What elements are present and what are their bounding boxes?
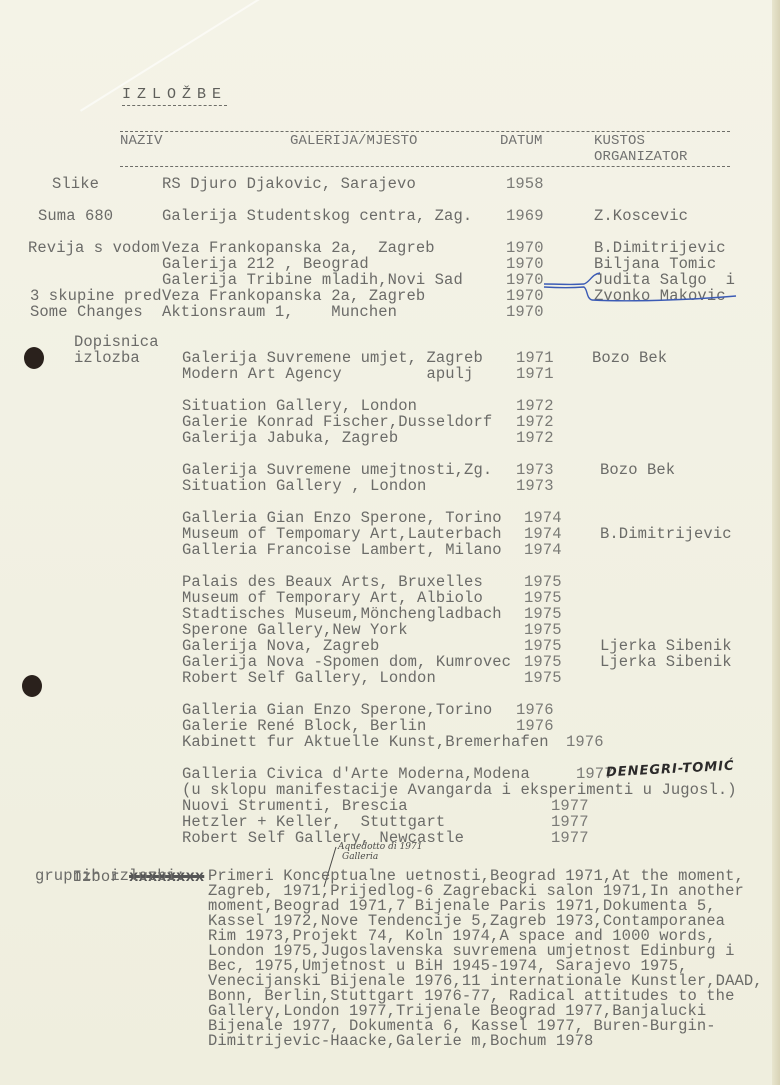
row-galerija: Robert Self Gallery, London bbox=[182, 670, 436, 686]
row-datum: 1977 bbox=[551, 830, 589, 846]
row-galerija: Galerija Suvremene umjet, Zagreb bbox=[182, 350, 483, 366]
row-galerija: Galerija Nova, Zagreb bbox=[182, 638, 379, 654]
page-edge bbox=[772, 0, 780, 1085]
row-datum: 1971 bbox=[516, 350, 554, 366]
row-galerija: Galerija Tribine mladih,Novi Sad bbox=[162, 272, 463, 288]
row-kustos: Bozo Bek bbox=[600, 462, 675, 478]
row-galerija: Nuovi Strumenti, Brescia bbox=[182, 798, 408, 814]
row-galerija: Galleria Gian Enzo Sperone, Torino bbox=[182, 510, 502, 526]
row-datum: 1977 bbox=[551, 814, 589, 830]
row-galerija: Galerija 212 , Beograd bbox=[162, 256, 369, 272]
group-text-line: Dimitrijevic-Haacke,Galerie m,Bochum 197… bbox=[208, 1033, 593, 1049]
row-galerija: Stadtisches Museum,Mönchengladbach bbox=[182, 606, 502, 622]
row-galerija: Sperone Gallery,New York bbox=[182, 622, 408, 638]
row-datum: 1976 bbox=[516, 718, 554, 734]
row-galerija: Museum of Temporary Art, Albiolo bbox=[182, 590, 483, 606]
row-galerija: Galerie René Block, Berlin bbox=[182, 718, 426, 734]
row-naziv: Dopisnica bbox=[74, 334, 159, 350]
row-kustos: Ljerka Sibenik bbox=[600, 638, 732, 654]
row-datum: 1977 bbox=[551, 798, 589, 814]
row-datum: 1973 bbox=[516, 462, 554, 478]
header-galerija: GALERIJA/MJESTO bbox=[290, 133, 418, 149]
row-galerija: Modern Art Agency apulj bbox=[182, 366, 473, 382]
row-galerija: Situation Gallery, London bbox=[182, 398, 417, 414]
row-datum: 1970 bbox=[506, 272, 544, 288]
row-galerija: Veza Frankopanska 2a, Zagreb bbox=[162, 240, 435, 256]
row-naziv: 3 skupine pred. bbox=[30, 288, 171, 304]
row-datum: 1972 bbox=[516, 430, 554, 446]
row-datum: 1974 bbox=[524, 510, 562, 526]
header-rule-top bbox=[120, 131, 730, 132]
row-galerija: Galleria Gian Enzo Sperone,Torino bbox=[182, 702, 492, 718]
row-galerija: Galerija Suvremene umejtnosti,Zg. bbox=[182, 462, 492, 478]
row-galerija: Veza Frankopanska 2a, Zagreb bbox=[162, 288, 425, 304]
row-datum: 1975 bbox=[524, 638, 562, 654]
punch-hole bbox=[24, 347, 44, 369]
row-galerija: Galerija Studentskog centra, Zag. bbox=[162, 208, 472, 224]
row-kustos: Z.Koscevic bbox=[594, 208, 688, 224]
row-galerija: Aktionsraum 1, Munchen bbox=[162, 304, 397, 320]
handwritten-curator: DENEGRI-TOMIĆ bbox=[606, 759, 735, 781]
row-datum: 1969 bbox=[506, 208, 544, 224]
header-naziv: NAZIV bbox=[120, 133, 163, 149]
row-datum: 1975 bbox=[524, 574, 562, 590]
row-kustos: B.Dimitrijevic bbox=[594, 240, 726, 256]
row-galerija: Palais des Beaux Arts, Bruxelles bbox=[182, 574, 483, 590]
header-kustos: KUSTOS bbox=[594, 133, 645, 149]
row-datum: 1975 bbox=[524, 590, 562, 606]
row-datum: 1975 bbox=[524, 622, 562, 638]
row-galerija: Galleria Civica d'Arte Moderna,Modena bbox=[182, 766, 530, 782]
row-datum: 1971 bbox=[516, 366, 554, 382]
row-galerija: (u sklopu manifestacije Avangarda i eksp… bbox=[182, 782, 737, 798]
row-datum: 1970 bbox=[506, 304, 544, 320]
row-datum: 1972 bbox=[516, 414, 554, 430]
handwritten-note: Aquedotto di 1971 Galleria bbox=[338, 842, 422, 862]
document-title: IZLOŽBE bbox=[122, 86, 227, 106]
row-galerija: Situation Gallery , London bbox=[182, 478, 426, 494]
group-label-2: grupnih izlozbi: bbox=[35, 868, 185, 884]
row-naziv: izlozba bbox=[74, 350, 140, 366]
row-galerija: Galerija Jabuka, Zagreb bbox=[182, 430, 398, 446]
row-kustos: Ljerka Sibenik bbox=[600, 654, 732, 670]
handwritten-bracket-mark bbox=[540, 270, 740, 306]
row-datum: 1973 bbox=[516, 478, 554, 494]
row-datum: 1976 bbox=[516, 702, 554, 718]
document-page: IZLOŽBE NAZIV GALERIJA/MJESTO DATUM KUST… bbox=[0, 0, 780, 1085]
row-datum: 1975 bbox=[524, 654, 562, 670]
row-naziv: Some Changes bbox=[30, 304, 143, 320]
row-galerija: Galleria Francoise Lambert, Milano bbox=[182, 542, 502, 558]
row-galerija: Galerija Nova -Spomen dom, Kumrovec bbox=[182, 654, 511, 670]
row-naziv: Revija s vodom bbox=[28, 240, 160, 256]
row-galerija: Museum of Tempomary Art,Lauterbach bbox=[182, 526, 502, 542]
punch-hole bbox=[22, 675, 42, 697]
row-datum: 1970 bbox=[506, 256, 544, 272]
row-datum: 1976 bbox=[566, 734, 604, 750]
row-datum: 1974 bbox=[524, 526, 562, 542]
row-kustos: Bozo Bek bbox=[592, 350, 667, 366]
header-rule-bottom bbox=[120, 166, 730, 167]
row-datum: 1970 bbox=[506, 240, 544, 256]
header-organizator: ORGANIZATOR bbox=[594, 149, 688, 165]
row-datum: 1975 bbox=[524, 606, 562, 622]
row-datum: 1958 bbox=[506, 176, 544, 192]
row-galerija: Kabinett fur Aktuelle Kunst,Bremerhafen bbox=[182, 734, 549, 750]
header-datum: DATUM bbox=[500, 133, 543, 149]
row-galerija: RS Djuro Djakovic, Sarajevo bbox=[162, 176, 416, 192]
row-datum: 1975 bbox=[524, 670, 562, 686]
row-kustos: B.Dimitrijevic bbox=[600, 526, 732, 542]
row-datum: 1974 bbox=[524, 542, 562, 558]
row-naziv: Slike bbox=[52, 176, 99, 192]
row-datum: 1970 bbox=[506, 288, 544, 304]
row-galerija: Hetzler + Keller, Stuttgart bbox=[182, 814, 445, 830]
row-galerija: Galerie Konrad Fischer,Dusseldorf bbox=[182, 414, 492, 430]
row-naziv: Suma 680 bbox=[38, 208, 113, 224]
row-datum: 1972 bbox=[516, 398, 554, 414]
